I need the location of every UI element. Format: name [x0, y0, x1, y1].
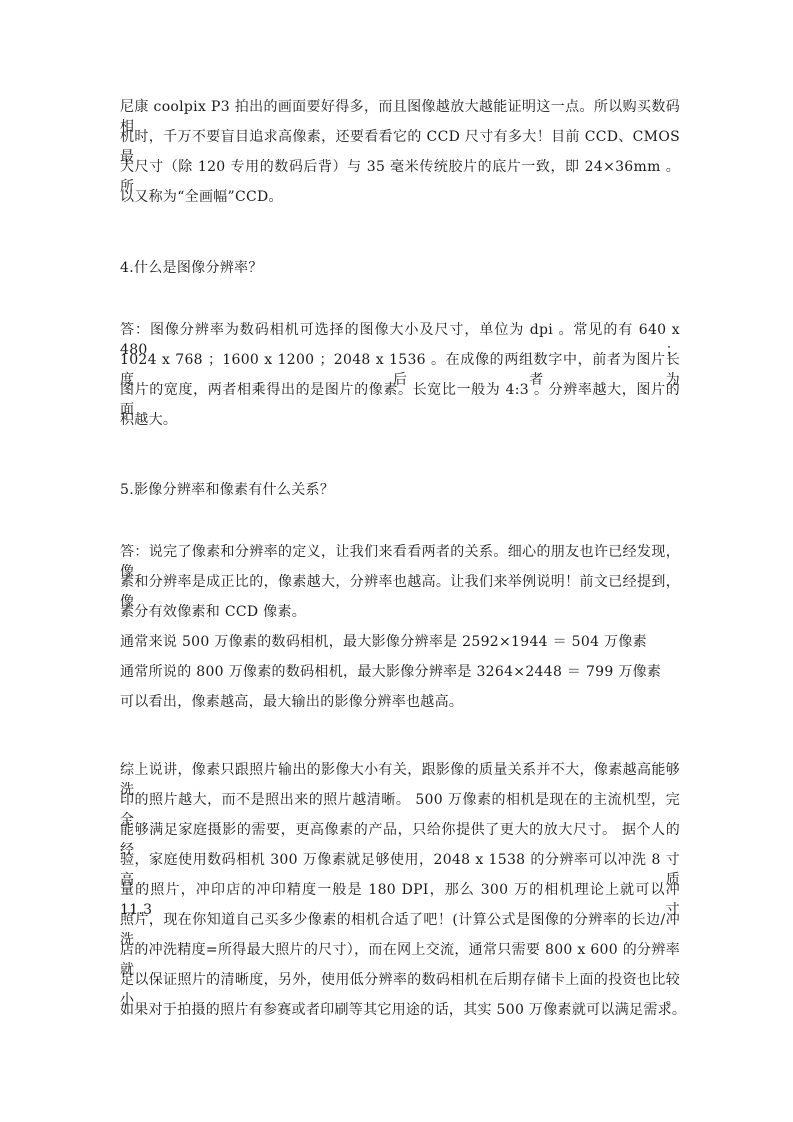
- text-line: 素分有效像素和 CCD 像素。: [120, 602, 680, 622]
- text-line: 通常所说的 800 万像素的数码相机，最大影像分辨率是 3264×2448 ＝ …: [120, 662, 680, 682]
- section-heading-5: 5.影像分辨率和像素有什么关系？: [120, 480, 680, 500]
- text-line: 如果对于拍摄的照片有参赛或者印刷等其它用途的话，其实 500 万像素就可以满足需…: [120, 1000, 680, 1020]
- text-line: 可以看出，像素越高，最大输出的影像分辨率也越高。: [120, 692, 680, 712]
- text-line: 通常来说 500 万像素的数码相机，最大影像分辨率是 2592×1944 ＝ 5…: [120, 632, 680, 652]
- text-line: 以又称为“全画幅”CCD。: [120, 187, 680, 207]
- text-line: 积越大。: [120, 410, 680, 430]
- section-heading-4: 4.什么是图像分辨率？: [120, 258, 680, 278]
